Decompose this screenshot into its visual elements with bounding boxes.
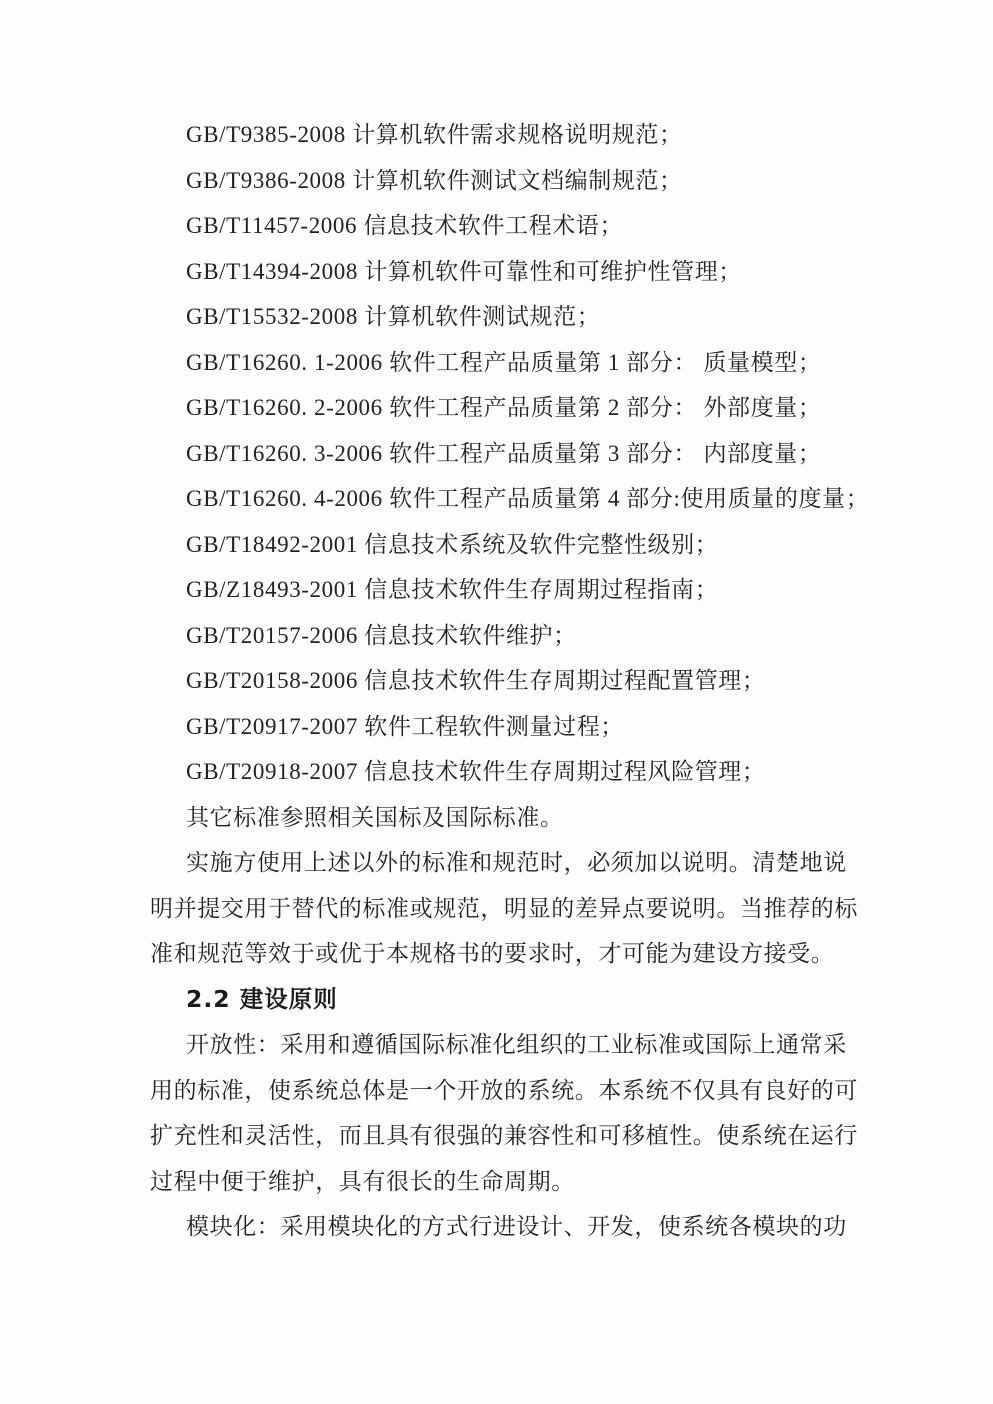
standard-list-item: GB/T16260. 4-2006 软件工程产品质量第 4 部分:使用质量的度量… bbox=[150, 476, 856, 522]
body-text-line: 用的标准，使系统总体是一个开放的系统。本系统不仅具有良好的可 bbox=[150, 1068, 856, 1114]
standard-list-item: GB/T20918-2007 信息技术软件生存周期过程风险管理； bbox=[150, 749, 856, 795]
body-text-line: 开放性：采用和遵循国际标准化组织的工业标准或国际上通常采 bbox=[150, 1022, 856, 1068]
section-heading: 2.2 建设原则 bbox=[150, 977, 856, 1023]
standard-list-item: GB/T20917-2007 软件工程软件测量过程； bbox=[150, 704, 856, 750]
standard-list-item: GB/T16260. 2-2006 软件工程产品质量第 2 部分： 外部度量； bbox=[150, 385, 856, 431]
standard-list-item: GB/T16260. 3-2006 软件工程产品质量第 3 部分： 内部度量； bbox=[150, 431, 856, 477]
body-text-line: 扩充性和灵活性，而且具有很强的兼容性和可移植性。使系统在运行 bbox=[150, 1113, 856, 1159]
standard-list-item: GB/T20158-2006 信息技术软件生存周期过程配置管理； bbox=[150, 658, 856, 704]
document-page: GB/T9385-2008 计算机软件需求规格说明规范；GB/T9386-200… bbox=[0, 0, 993, 1404]
body-text-line: 模块化：采用模块化的方式行进设计、开发，使系统各模块的功 bbox=[150, 1204, 856, 1250]
body-text-line: 其它标准参照相关国标及国际标准。 bbox=[150, 795, 856, 841]
standard-list-item: GB/T9385-2008 计算机软件需求规格说明规范； bbox=[150, 112, 856, 158]
body-text-line: 准和规范等效于或优于本规格书的要求时，才可能为建设方接受。 bbox=[150, 931, 856, 977]
standard-list-item: GB/T14394-2008 计算机软件可靠性和可维护性管理； bbox=[150, 249, 856, 295]
document-text-block: GB/T9385-2008 计算机软件需求规格说明规范；GB/T9386-200… bbox=[150, 112, 856, 1250]
body-text-line: 明并提交用于替代的标准或规范，明显的差异点要说明。当推荐的标 bbox=[150, 886, 856, 932]
standard-list-item: GB/Z18493-2001 信息技术软件生存周期过程指南； bbox=[150, 567, 856, 613]
standard-list-item: GB/T20157-2006 信息技术软件维护； bbox=[150, 613, 856, 659]
body-text-line: 过程中便于维护，具有很长的生命周期。 bbox=[150, 1159, 856, 1205]
body-text-line: 实施方使用上述以外的标准和规范时，必须加以说明。清楚地说 bbox=[150, 840, 856, 886]
standard-list-item: GB/T15532-2008 计算机软件测试规范； bbox=[150, 294, 856, 340]
standard-list-item: GB/T11457-2006 信息技术软件工程术语； bbox=[150, 203, 856, 249]
standard-list-item: GB/T18492-2001 信息技术系统及软件完整性级别； bbox=[150, 522, 856, 568]
standard-list-item: GB/T16260. 1-2006 软件工程产品质量第 1 部分： 质量模型； bbox=[150, 340, 856, 386]
standard-list-item: GB/T9386-2008 计算机软件测试文档编制规范； bbox=[150, 158, 856, 204]
